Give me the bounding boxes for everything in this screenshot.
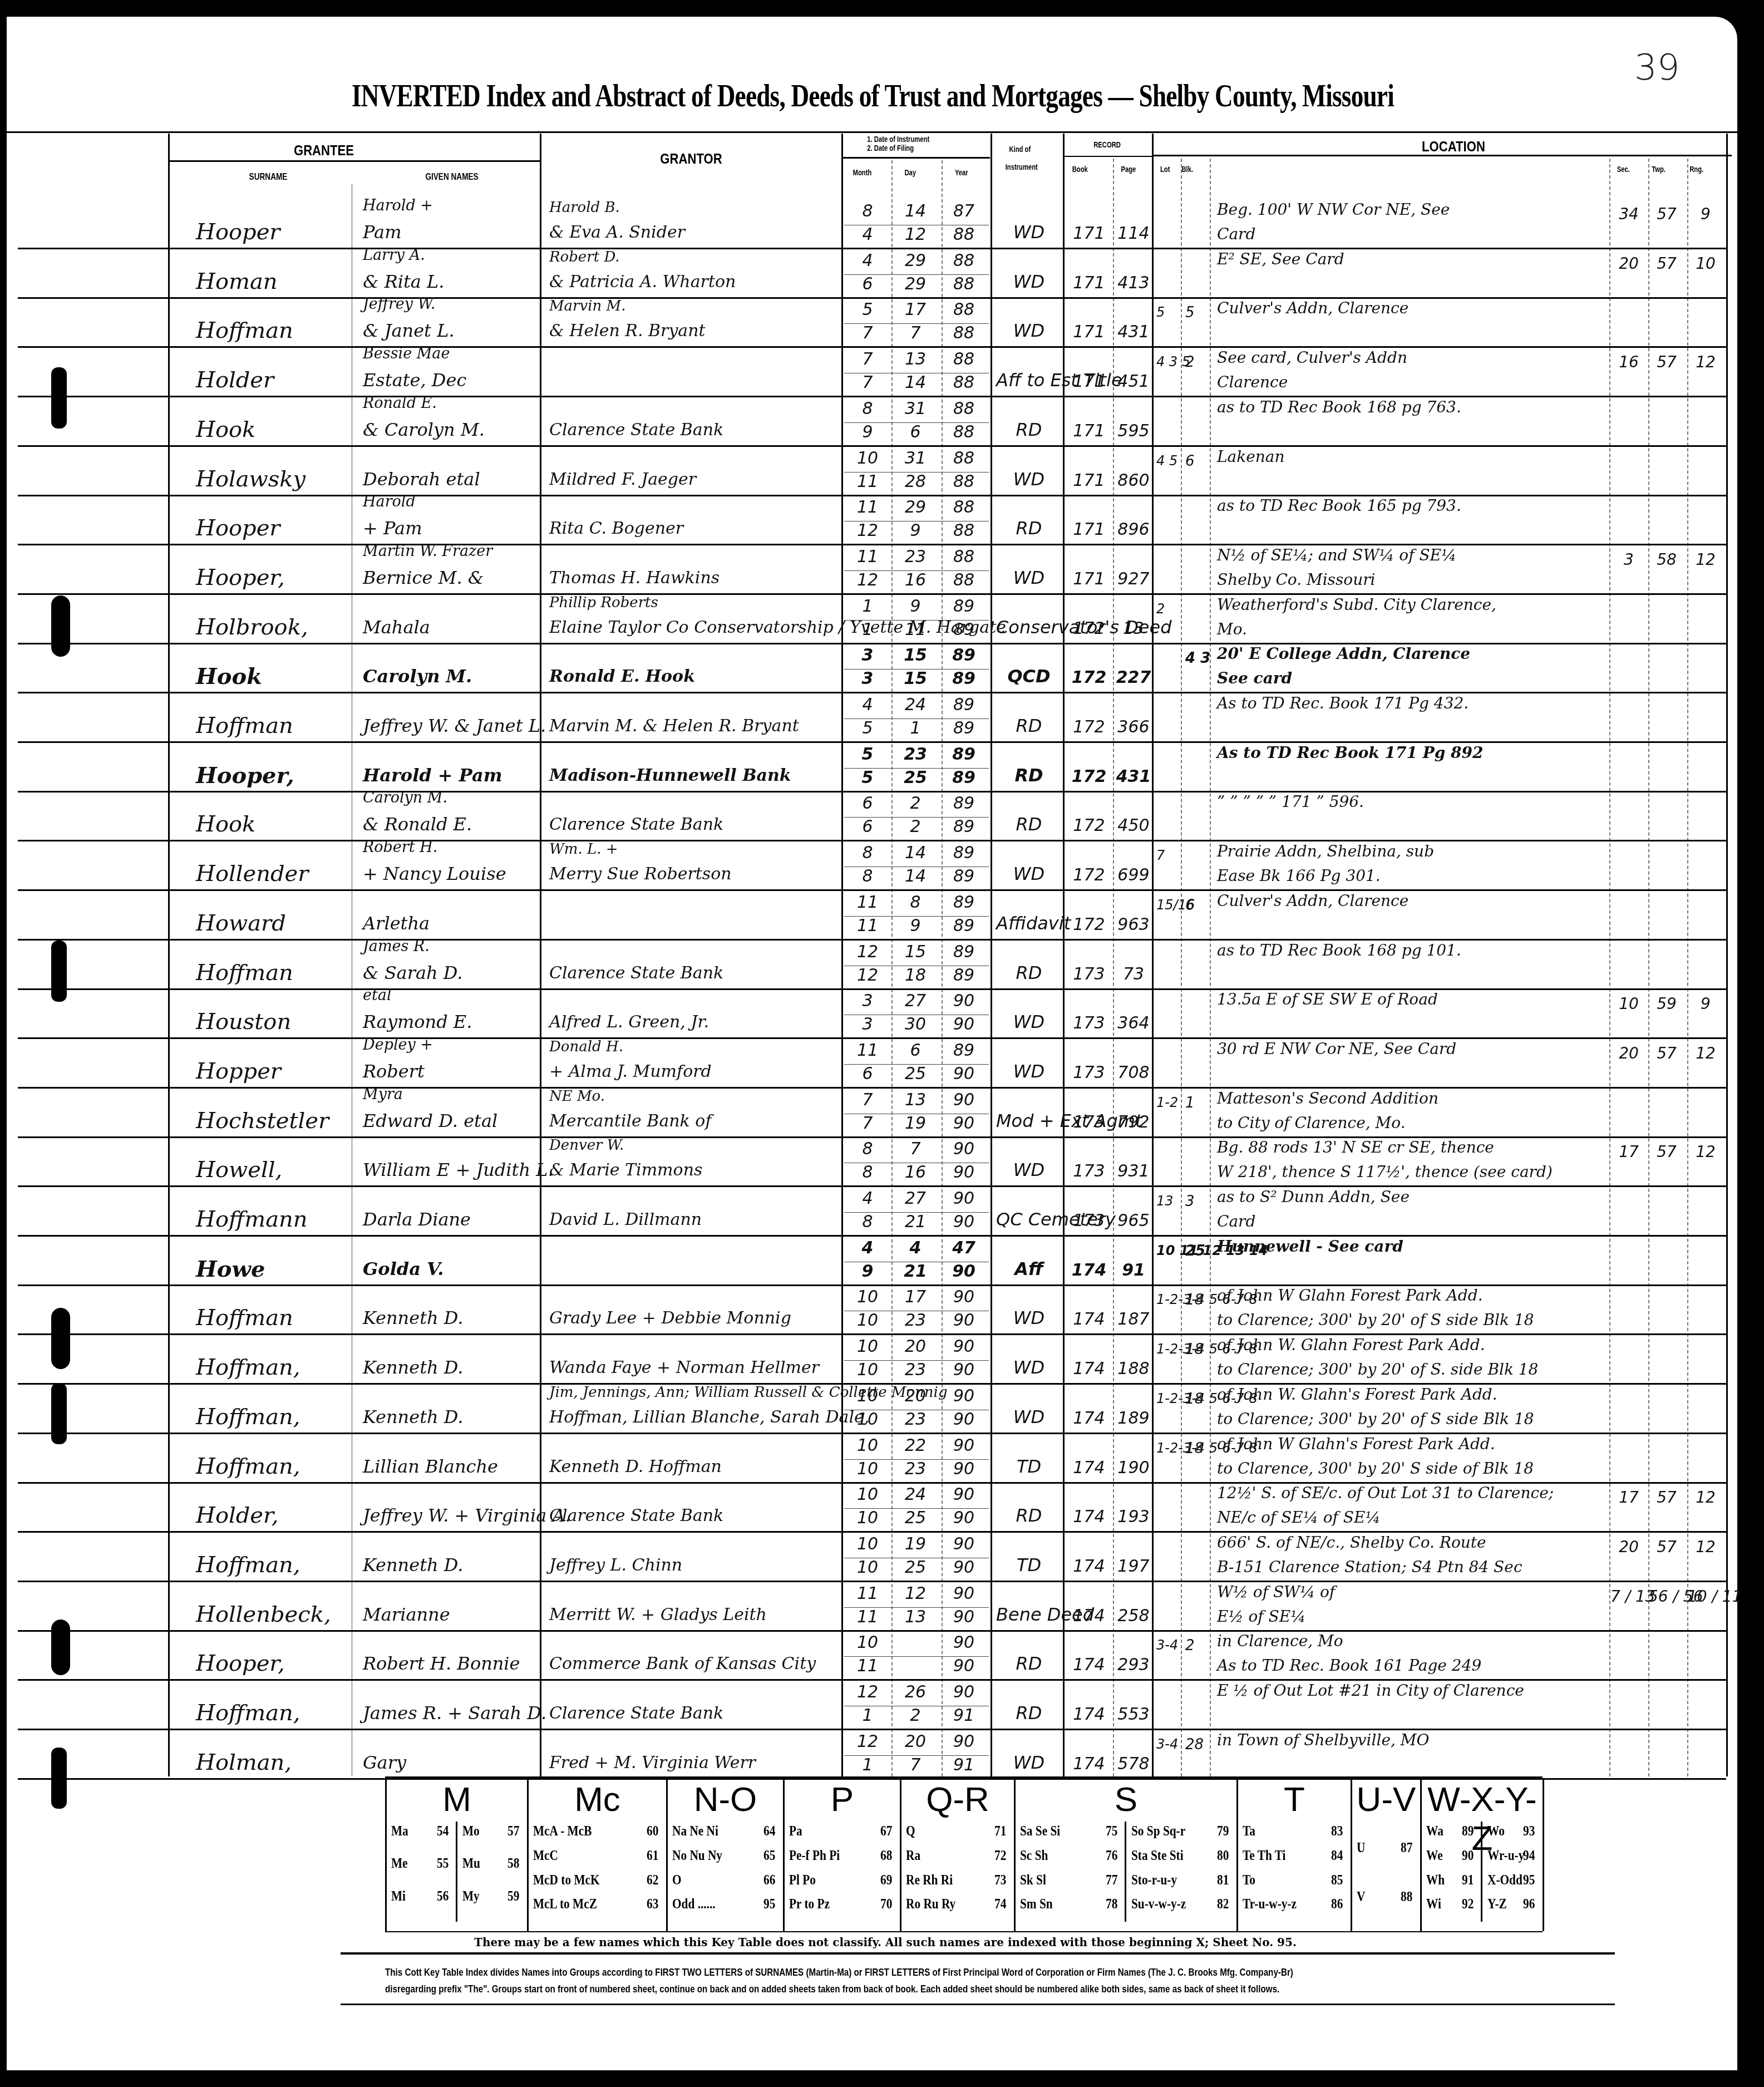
location-description: as to TD Rec Book 168 pg 763. [1217,398,1461,416]
key-entry-label: Te Th Ti [1243,1847,1285,1864]
instrument-year: 90 [944,1436,983,1455]
key-entry-sheet-number: 54 [437,1823,449,1839]
key-entry-sheet-number: 86 [1331,1896,1343,1912]
table-row: HookCarolyn M.Ronald E. Hook3158931589QC… [7,644,1737,693]
header-location: LOCATION [1397,138,1510,155]
key-entry-label: Wo [1487,1823,1505,1839]
grantor-name: Fred + M. Virginia Werr [549,1753,756,1773]
instrument-kind: WD [996,863,1062,884]
key-entry-sheet-number: 71 [994,1823,1006,1839]
grantee-given-names-top: Harold [363,493,416,510]
location-description-cont: Mo. [1217,620,1247,638]
key-entry-sheet-number: 70 [880,1896,892,1912]
table-row: HomanLarry A.& Rita L.Robert D.& Patrici… [7,250,1737,299]
grantee-given-names-top: Ronald E. [363,395,437,412]
key-group-heading: P [785,1780,900,1819]
date-divider [844,669,989,670]
table-row: HollenderRobert H.+ Nancy LouiseWm. L. +… [7,842,1737,891]
date-divider [844,570,989,571]
instrument-kind: Mod + Ext Agmt [996,1110,1062,1131]
location-description-cont: to Clarence; 300' by 20' of S side Blk 1… [1217,1311,1534,1329]
table-row: Holder,Jeffrey W. + Virginia A.Clarence … [7,1484,1737,1533]
location-description: of John W Glahn Forest Park Add. [1217,1286,1483,1305]
filing-month: 6 [848,274,887,294]
instrument-year: 89 [944,843,983,863]
date-divider [844,225,989,225]
filing-year: 88 [944,274,983,294]
instrument-year: 90 [944,1090,983,1110]
key-entry-sheet-number: 93 [1523,1823,1535,1839]
table-row: HoweGolda V.444792190Aff1749110 11 12 13… [7,1237,1737,1286]
location-range: 9 [1687,995,1724,1013]
grantor-name: Alfred L. Green, Jr. [549,1012,709,1032]
record-book: 174 [1067,1261,1111,1280]
table-row: HoffmanJeffrey W.& Janet L.Marvin M.& He… [7,299,1737,348]
location-lot: 5 [1156,304,1165,320]
instrument-year: 90 [944,1534,983,1554]
location-description-cont: Shelby Co. Missouri [1217,570,1376,589]
location-block: 18 [1185,1440,1204,1457]
grantee-surname: Holbrook, [196,614,308,640]
location-block: 2 [1185,354,1195,371]
filing-year: 89 [944,620,983,639]
key-group: SSa Se Si75Sc Sh76Sk Sl77Sm Sn78So Sp Sq… [1014,1778,1236,1931]
instrument-kind: WD [996,469,1062,490]
record-page: 578 [1114,1754,1153,1774]
record-page: 860 [1114,471,1153,490]
location-description: Weatherford's Subd. City Clarence, [1217,595,1496,614]
location-range: 9 [1687,205,1724,223]
filing-day: 25 [896,1508,935,1528]
grantee-given-names: Harold + Pam [363,765,502,786]
key-entry-sheet-number: 59 [507,1888,519,1904]
table-row: HochstetlerMyraEdward D. etalNE Mo.Merca… [7,1089,1737,1138]
record-book: 174 [1067,1359,1111,1379]
grantee-given-names: Kenneth D. [363,1307,463,1328]
key-entry-label: O [672,1872,682,1888]
header-rng: Rng. [1689,165,1703,175]
filing-month: 10 [848,1311,887,1330]
grantee-given-names: & Sarah D. [363,962,463,983]
instrument-kind: RD [996,518,1062,539]
location-subrule [1153,155,1732,156]
key-entry-label: Me [391,1855,408,1872]
row-divider [18,692,1726,693]
date-divider [844,620,989,621]
table-row: HoffmannDarla DianeDavid L. Dillmann4279… [7,1188,1737,1237]
instrument-kind: Aff [996,1258,1062,1279]
grantee-given-names-top: Larry A. [363,247,425,264]
grantee-surname: Holawsky [196,466,306,492]
instrument-day: 12 [896,1584,935,1603]
instrument-year: 88 [944,449,983,468]
header-day: Day [904,168,916,178]
grantee-surname: Hooper [196,219,280,245]
grantor-name-top: Phillip Roberts [549,594,658,611]
date-divider [844,768,989,769]
filing-year: 90 [944,1064,983,1084]
date-divider [844,1656,989,1657]
record-book: 173 [1067,1013,1111,1033]
instrument-day: 20 [896,1337,935,1356]
key-entry-label: Odd ...... [672,1896,716,1912]
key-entry-sheet-number: 94 [1523,1847,1535,1864]
header-lot: Lot [1160,165,1170,175]
key-entry-sheet-number: 60 [647,1823,658,1839]
instrument-year: 88 [944,300,983,319]
location-description: as to TD Rec Book 165 pg 793. [1217,496,1461,515]
grantor-name: & Helen R. Bryant [549,321,706,341]
filing-day: 16 [896,570,935,590]
filing-year: 88 [944,472,983,491]
filing-year: 90 [944,1360,983,1380]
grantee-given-names: Pam [363,222,402,243]
grantor-name-top: Robert D. [549,249,620,265]
key-group: W-X-Y-ZWa89We90Wh91Wi92Wo93Wr-u-y94X-Odd… [1420,1778,1543,1931]
date-divider [844,1706,989,1706]
key-entry-sheet-number: 58 [507,1855,519,1872]
key-group-heading: T [1238,1780,1351,1819]
location-description: Matteson's Second Addition [1217,1089,1438,1108]
filing-day: 1 [896,718,935,738]
filing-year: 90 [944,1262,983,1281]
instrument-kind: Aff to Est Title [996,370,1062,391]
grantee-surname: Hoffman, [196,1454,300,1479]
location-description-cont: B-151 Clarence Station; S4 Ptn 84 Sec [1217,1558,1522,1576]
date-subrule [842,157,990,159]
grantee-surname: Hooper [196,515,280,541]
filing-year: 89 [944,768,983,787]
date-divider [844,1262,989,1262]
date-divider [844,966,989,966]
record-page: 553 [1114,1705,1153,1724]
instrument-day: 24 [896,695,935,715]
key-group-heading: N-O [668,1780,783,1819]
grantee-given-names: Raymond E. [363,1011,472,1032]
key-entry-sheet-number: 82 [1217,1896,1229,1912]
filing-year: 88 [944,570,983,590]
key-group-heading: Mc [529,1780,666,1819]
instrument-kind: TD [996,1554,1062,1576]
grantee-surname: Hoffman, [196,1355,300,1380]
key-entry-sheet-number: 96 [1523,1896,1535,1912]
table-row: HookCarolyn M.& Ronald E.Clarence State … [7,793,1737,841]
row-divider [18,889,1726,891]
row-divider [18,1333,1726,1335]
key-entry-sheet-number: 56 [437,1888,449,1904]
instrument-day: 23 [896,547,935,567]
key-entry-label: Ro Ru Ry [906,1896,955,1912]
table-row: HookRonald E.& Carolyn M.Clarence State … [7,398,1737,447]
footer-line-2: disregarding prefix "The". Groups start … [385,1981,1364,1998]
grantee-subrule [169,160,541,162]
instrument-month: 7 [848,1090,887,1110]
key-entry-label: Pr to Pz [789,1896,830,1912]
grantee-given-names: Kenneth D. [363,1406,463,1428]
grantee-surname: Howell, [196,1157,282,1183]
key-entry-sheet-number: 75 [1106,1823,1117,1839]
filing-month: 9 [848,422,887,442]
filing-day: 25 [896,1558,935,1577]
date-divider [844,817,989,818]
grantee-surname: Hopper [196,1059,281,1084]
record-page: 595 [1114,421,1153,441]
record-page: 258 [1114,1606,1153,1626]
key-entry-sheet-number: 62 [647,1872,658,1888]
location-description: 30 rd E NW Cor NE, See Card [1217,1040,1456,1058]
location-description: of John W. Glahn's Forest Park Add. [1217,1385,1497,1404]
grantee-given-names: Kenneth D. [363,1554,463,1576]
filing-day: 16 [896,1163,935,1182]
grantee-surname: Hollenbeck, [196,1602,331,1627]
grantee-given-names-top: Robert H. [363,839,437,856]
record-book: 174 [1067,1310,1111,1329]
grantor-name: Jeffrey L. Chinn [549,1556,682,1575]
grantee-surname: Hoffman, [196,1700,300,1726]
filing-year: 89 [944,966,983,985]
grantee-given-names: Kenneth D. [363,1357,463,1378]
filing-day: 2 [896,817,935,836]
table-row: HolderBessie MaeEstate, Dec7138871488Aff… [7,348,1737,397]
row-divider [18,445,1726,447]
record-book: 173 [1067,1161,1111,1181]
grantee-given-names: James R. + Sarah D. [363,1702,546,1724]
record-page: 190 [1114,1458,1153,1478]
grantor-name-top: Marvin M. [549,298,625,314]
instrument-day: 31 [896,399,935,419]
instrument-kind: WD [996,1159,1062,1180]
filing-year: 89 [944,718,983,738]
key-group: Q-RQ71Ra72Re Rh Ri73Ro Ru Ry74 [900,1778,1014,1931]
date-divider [844,1311,989,1311]
filing-year: 90 [944,1459,983,1479]
instrument-day: 27 [896,991,935,1011]
location-description: 666' S. of NE/c., Shelby Co. Route [1217,1533,1486,1552]
instrument-month: 11 [848,547,887,567]
key-entry-label: Sa Se Si [1020,1823,1060,1839]
key-group: U-VU87V88 [1351,1778,1420,1931]
key-entry-sheet-number: 91 [1462,1872,1474,1888]
grantee-given-names: & Carolyn M. [363,419,485,440]
location-lot: 3-4 [1156,1637,1178,1653]
location-block: 1 [1185,1095,1195,1111]
instrument-day: 7 [896,1139,935,1159]
instrument-month: 4 [848,695,887,715]
key-entry-sheet-number: 88 [1401,1888,1412,1905]
table-row: Hollenbeck,MarianneMerritt W. + Gladys L… [7,1583,1737,1632]
filing-month: 8 [848,1163,887,1182]
grantee-surname: Hoffman, [196,1404,300,1430]
location-description-cont: Clarence [1217,373,1288,391]
date-divider [844,1558,989,1558]
instrument-month: 7 [848,350,887,369]
key-entry-sheet-number: 66 [763,1872,775,1888]
location-block: 4 3 [1185,650,1210,667]
grantee-given-names: + Pam [363,518,422,539]
grantee-given-names: Jeffrey W. & Janet L. [363,715,546,736]
date-divider [844,1114,989,1114]
record-page: 13 [1114,619,1153,638]
instrument-year: 90 [944,1584,983,1603]
row-divider [18,297,1726,299]
instrument-day: 4 [896,1238,935,1258]
instrument-month: 11 [848,1041,887,1060]
instrument-year: 87 [944,201,983,221]
location-range: 12 [1687,1143,1724,1161]
grantee-surname: Hoffman [196,1305,293,1331]
location-section: 20 [1610,1538,1647,1556]
instrument-day: 13 [896,350,935,369]
row-divider [18,741,1726,743]
record-subrule [1064,156,1153,157]
date-divider [844,1163,989,1163]
table-row: HooperHarold +PamHarold B.& Eva A. Snide… [7,200,1737,249]
key-entry-label: My [462,1888,480,1904]
location-section: 34 [1610,205,1647,223]
grantee-surname: Hoffman [196,713,293,739]
key-entry-sheet-number: 95 [1523,1872,1535,1888]
location-range: 12 [1687,1044,1724,1062]
grantor-name: Ronald E. Hook [549,667,695,686]
table-row: Hoffman,Kenneth D.Jim, Jennings, Ann; Wi… [7,1385,1737,1434]
instrument-day: 27 [896,1189,935,1208]
location-description: Bg. 88 rods 13' N SE cr SE, thence [1217,1138,1494,1156]
location-description: See card, Culver's Addn [1217,348,1407,367]
record-book: 173 [1067,1113,1111,1132]
header-sec: Sec. [1617,165,1630,175]
filing-year: 88 [944,225,983,244]
date-divider [844,1755,989,1756]
instrument-day: 6 [896,1041,935,1060]
location-description-cont: Card [1217,225,1255,243]
instrument-day: 20 [896,1732,935,1751]
row-divider [18,1185,1726,1187]
grantor-name: + Alma J. Mumford [549,1062,712,1081]
instrument-year: 90 [944,1732,983,1751]
filing-month: 11 [848,916,887,936]
key-entry-sheet-number: 78 [1106,1896,1117,1912]
instrument-month: 3 [848,991,887,1011]
header-month: Month [853,168,872,178]
grantee-surname: Hook [196,811,255,837]
instrument-year: 89 [944,942,983,962]
record-book: 171 [1067,224,1111,243]
key-group-divider [1125,1822,1126,1922]
filing-day: 29 [896,274,935,294]
record-page: 431 [1114,767,1153,786]
location-range: 10 [1687,254,1724,273]
instrument-month: 8 [848,1139,887,1159]
key-entry-sheet-number: 72 [994,1847,1006,1864]
instrument-year: 89 [944,794,983,813]
grantor-name: Clarence State Bank [549,420,723,440]
instrument-year: 88 [944,547,983,567]
location-range: 12 [1687,1488,1724,1507]
key-group: McMcA - McB60McC61McD to McK62McL to McZ… [527,1778,666,1931]
location-lot: 13 [1156,1193,1174,1209]
location-block: 18 [1185,1292,1204,1308]
instrument-month: 4 [848,1189,887,1208]
record-book: 174 [1067,1606,1111,1626]
filing-year: 88 [944,422,983,442]
instrument-year: 89 [944,646,983,665]
record-page: 366 [1114,717,1153,737]
grantee-surname: Holder, [196,1503,278,1528]
record-page: 896 [1114,520,1153,539]
grantee-given-names: Lillian Blanche [363,1456,498,1477]
key-entry-label: We [1426,1847,1443,1864]
record-book: 174 [1067,1458,1111,1478]
instrument-year: 90 [944,1139,983,1159]
header-blk: Blk. [1181,165,1193,175]
location-description-cont: to Clarence; 300' by 20' of S side Blk 1… [1217,1410,1534,1428]
record-book: 171 [1067,273,1111,293]
location-description-cont: to City of Clarence, Mo. [1217,1114,1406,1132]
instrument-year: 89 [944,1041,983,1060]
record-book: 171 [1067,569,1111,589]
location-section: 17 [1610,1488,1647,1507]
location-description: 13.5a E of SE SW E of Road [1217,990,1438,1008]
instrument-kind: WD [996,222,1062,243]
filing-day: 2 [896,1706,935,1725]
key-entry-sheet-number: 81 [1217,1872,1229,1888]
filing-day: 13 [896,1607,935,1627]
instrument-month: 5 [848,300,887,319]
location-township: 57 [1648,1143,1685,1161]
date-divider [844,472,989,472]
record-page: 699 [1114,865,1153,885]
instrument-year: 90 [944,1337,983,1356]
filing-day: 15 [896,669,935,688]
location-description: as to TD Rec Book 168 pg 101. [1217,941,1461,959]
key-entry-sheet-number: 67 [880,1823,892,1839]
location-description-cont: W 218', thence S 117½', thence (see card… [1217,1163,1553,1181]
filing-month: 5 [848,718,887,738]
header-surname: SURNAME [201,171,335,183]
grantee-surname: Hooper, [196,762,294,789]
key-group-heading: U-V [1352,1780,1420,1819]
instrument-kind: TD [996,1456,1062,1477]
date-divider [844,1212,989,1213]
grantee-surname: Hook [196,663,262,690]
date-divider [844,718,989,719]
date-divider [844,323,989,324]
key-group-divider [456,1822,457,1922]
grantor-name: Rita C. Bogener [549,519,683,538]
key-entry-label: McL to McZ [533,1896,597,1912]
table-row: HoffmanJeffrey W. & Janet L.Marvin M. & … [7,694,1737,743]
instrument-day: 31 [896,449,935,468]
filing-month: 1 [848,620,887,639]
location-description: As to TD Rec Book 171 Pg 892 [1217,744,1484,762]
instrument-kind: RD [996,962,1062,983]
grantor-name: Clarence State Bank [549,1704,723,1723]
location-description: As to TD Rec. Book 171 Pg 432. [1217,694,1469,712]
filing-day: 23 [896,1311,935,1330]
filing-month: 6 [848,817,887,836]
instrument-month: 10 [848,1287,887,1307]
grantee-surname: Hoffman [196,960,293,986]
key-entry-sheet-number: 65 [763,1847,775,1864]
grantee-given-names-top: Jeffrey W. [363,296,435,313]
grantee-given-names: & Rita L. [363,271,445,292]
filing-day: 30 [896,1015,935,1034]
instrument-month: 11 [848,1584,887,1603]
instrument-month: 10 [848,1386,887,1406]
location-township: 57 [1648,1044,1685,1062]
filing-year: 88 [944,521,983,540]
instrument-kind: WD [996,320,1062,341]
